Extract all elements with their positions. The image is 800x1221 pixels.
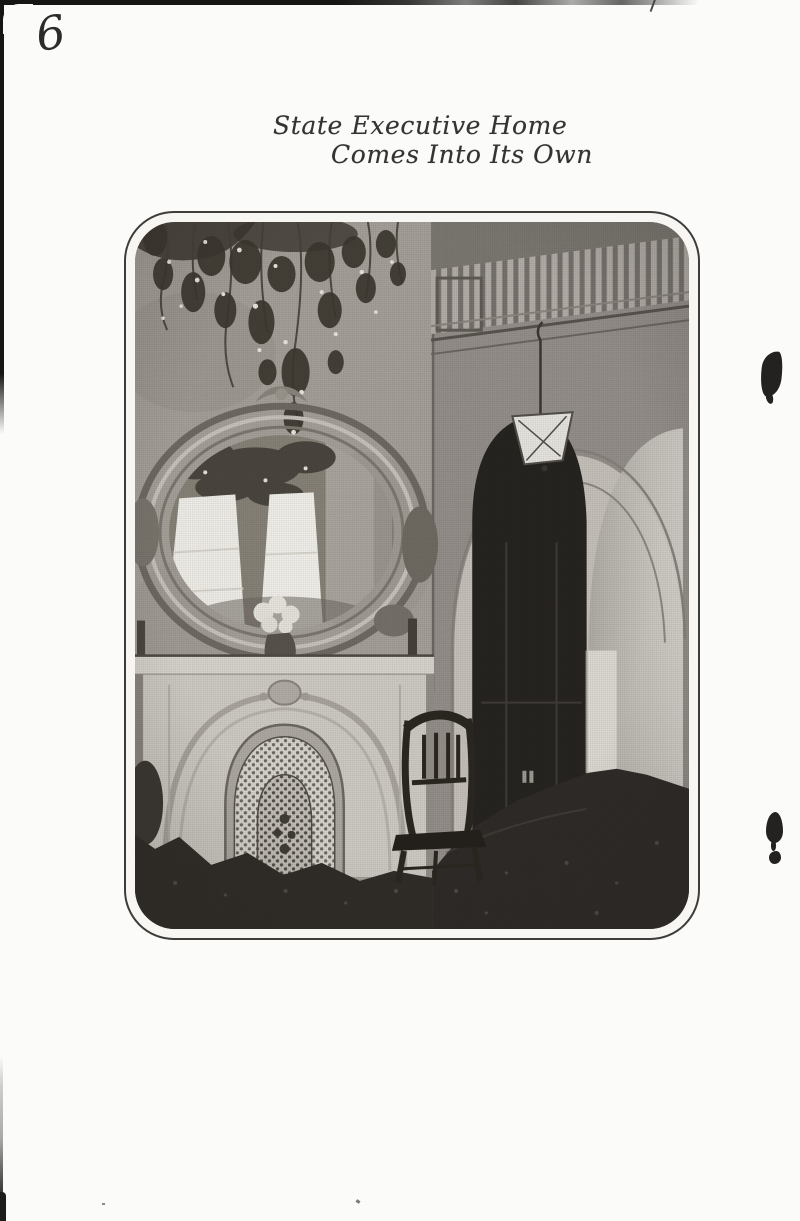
photo-vignette <box>135 222 689 929</box>
page-corner-round <box>3 4 33 34</box>
ink-blot-lower-dot <box>769 851 781 864</box>
dust-speck <box>102 1203 105 1205</box>
ink-blot-lower-tail <box>771 840 776 851</box>
photo-artwork <box>135 222 689 929</box>
ink-blot-upper <box>758 350 784 398</box>
scan-corner-bottom-left <box>0 1192 6 1221</box>
page-number: 6 <box>33 8 69 58</box>
dust-speck <box>356 1199 361 1204</box>
scanned-page: { "page": { "number": "6" }, "headline":… <box>0 0 800 1221</box>
photo-frame <box>124 211 700 940</box>
headline-line-2: Comes Into Its Own <box>331 140 593 169</box>
ink-blot-lower <box>766 812 783 843</box>
headline-line-1: State Executive Home <box>273 111 567 140</box>
scan-edge-left <box>0 0 4 434</box>
photo <box>135 222 689 929</box>
scan-edge-top <box>0 0 706 5</box>
